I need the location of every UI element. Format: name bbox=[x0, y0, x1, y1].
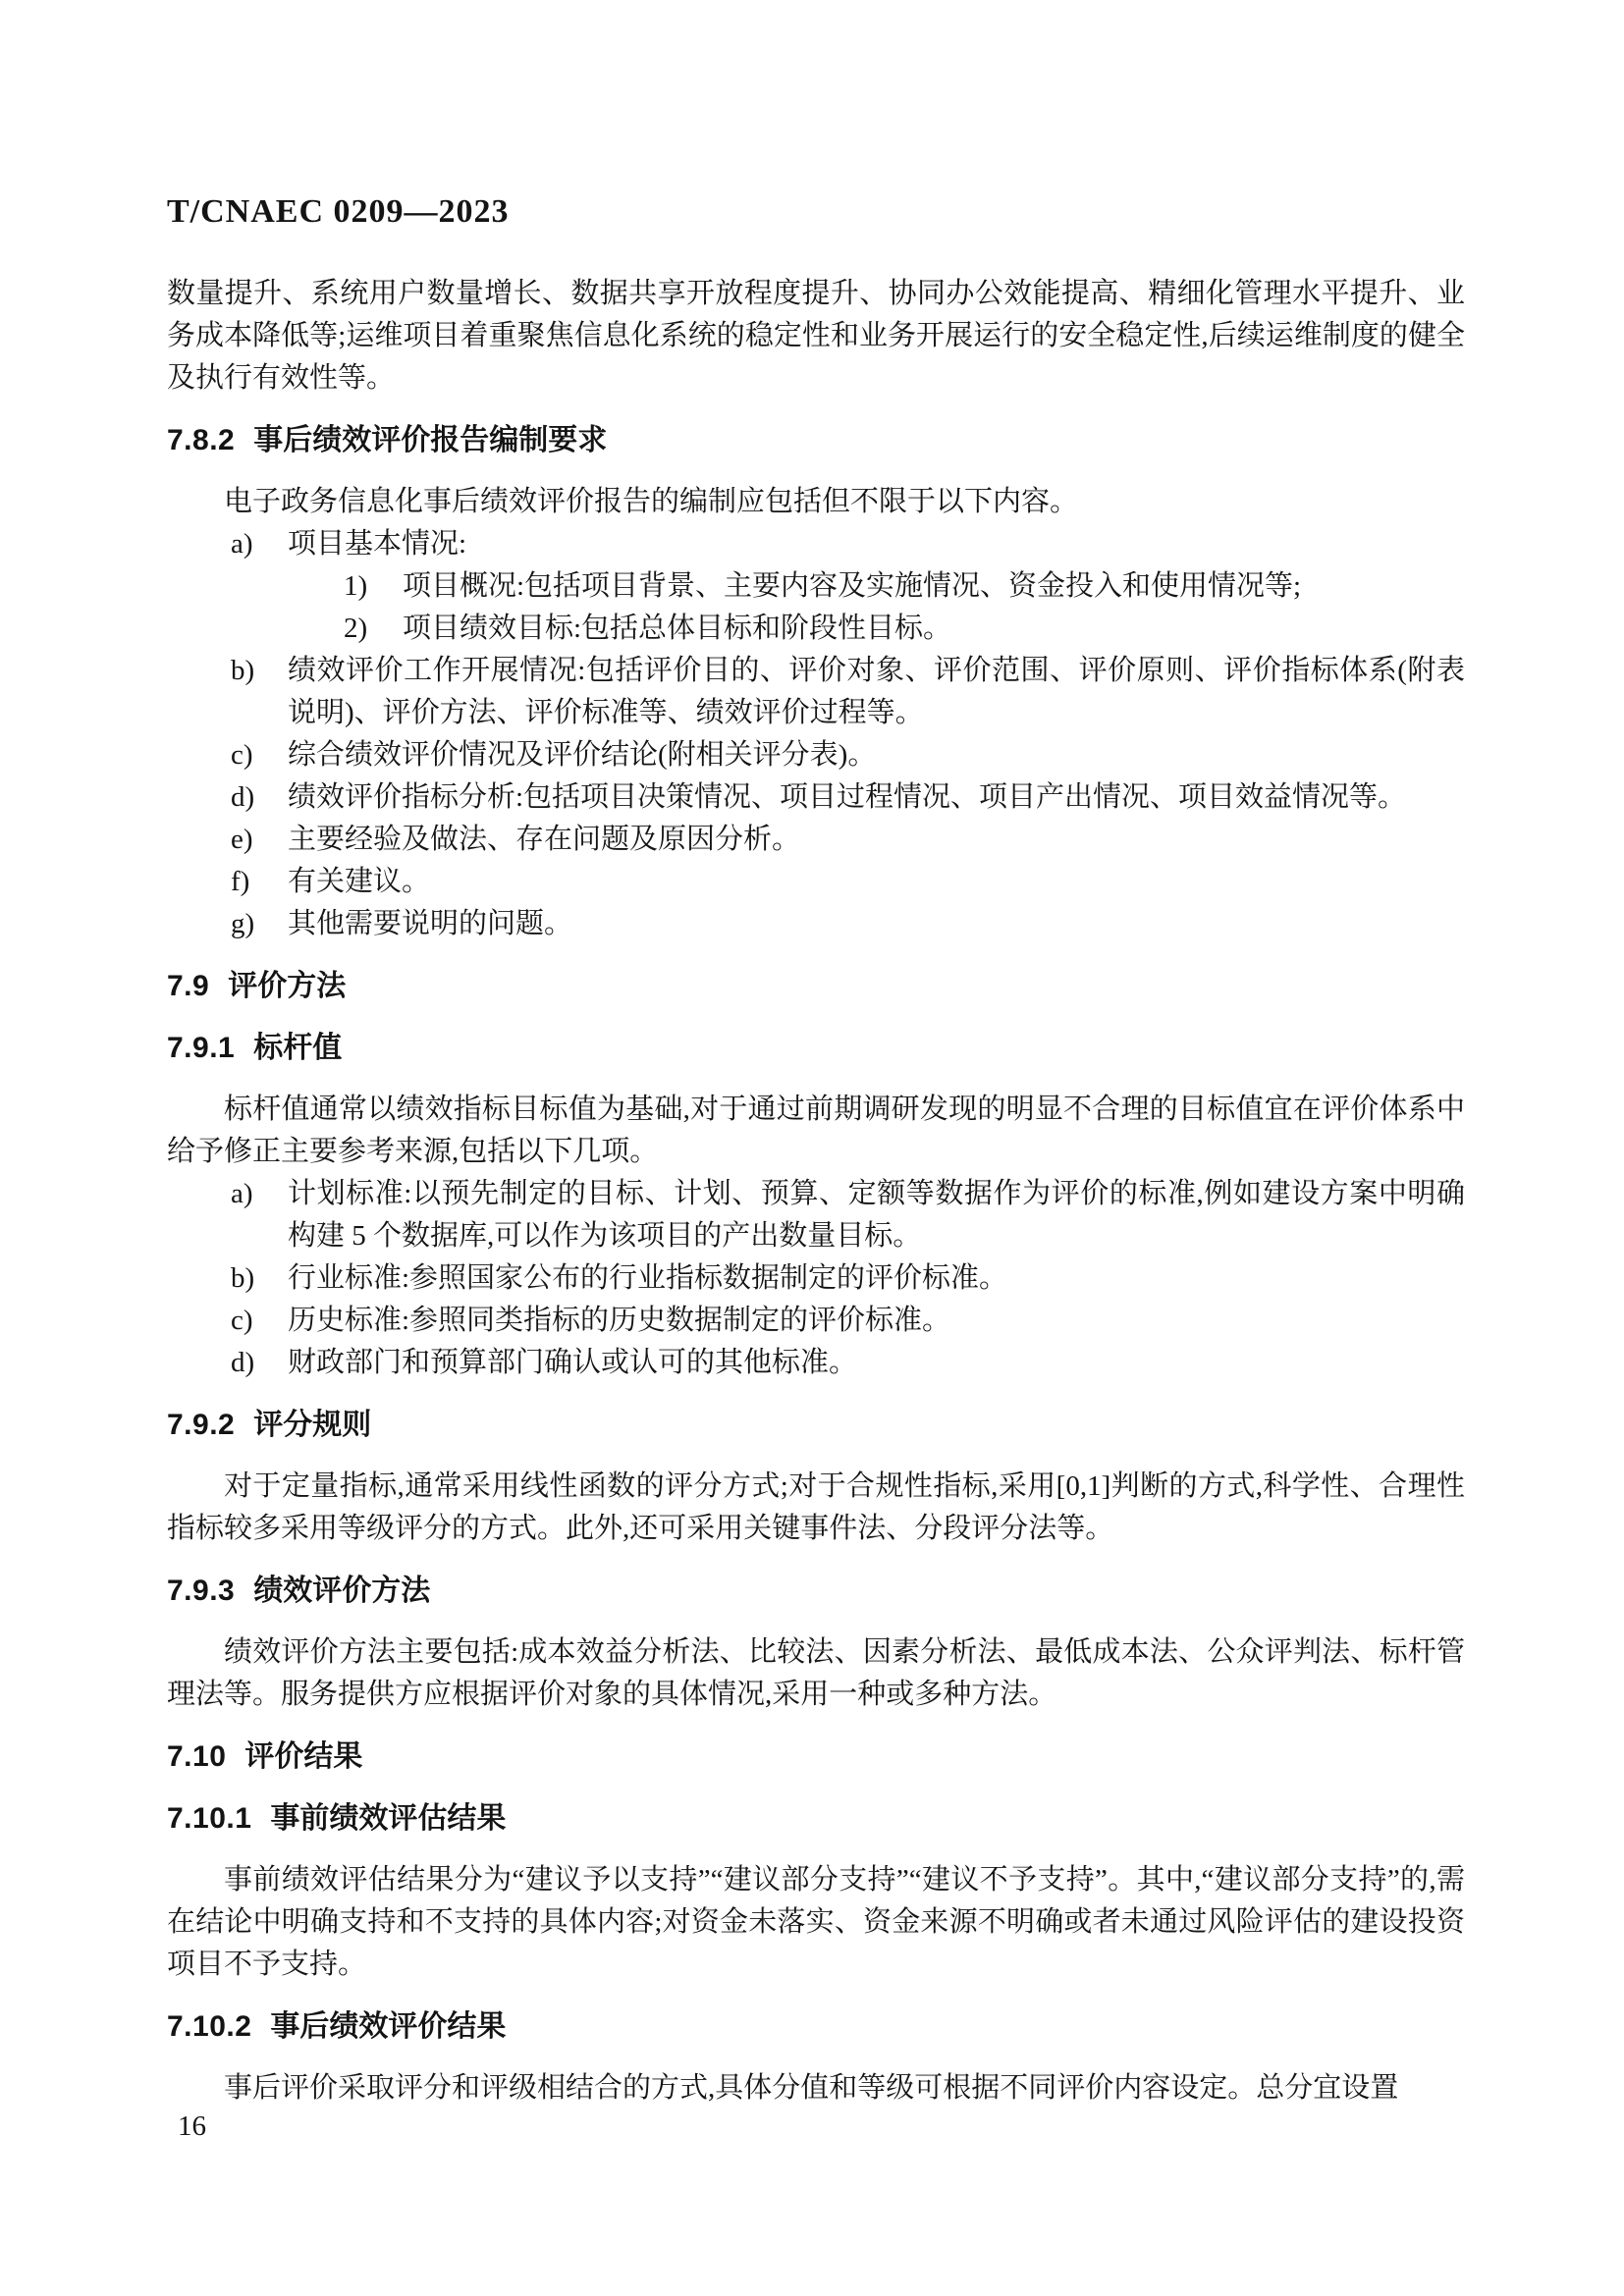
section-number: 7.8.2 bbox=[167, 424, 235, 456]
paragraph: 电子政务信息化事后绩效评价报告的编制应包括但不限于以下内容。 bbox=[167, 481, 1465, 523]
list-item-d: d) 绩效评价指标分析:包括项目决策情况、项目过程情况、项目产出情况、项目效益情… bbox=[167, 776, 1465, 819]
list-marker: a) bbox=[231, 523, 253, 565]
section-title: 绩效评价方法 bbox=[253, 1575, 430, 1607]
list-marker: b) bbox=[231, 1257, 254, 1300]
list-item-a: a) 计划标准:以预先制定的目标、计划、预算、定额等数据作为评价的标准,例如建设… bbox=[167, 1173, 1465, 1257]
paragraph: 绩效评价方法主要包括:成本效益分析法、比较法、因素分析法、最低成本法、公众评判法… bbox=[167, 1631, 1465, 1716]
paragraph-continuation: 数量提升、系统用户数量增长、数据共享开放程度提升、协同办公效能提高、精细化管理水… bbox=[167, 273, 1465, 400]
section-heading-7-9-1: 7.9.1标杆值 bbox=[167, 1027, 1465, 1069]
section-number: 7.9.1 bbox=[167, 1032, 235, 1064]
section-heading-7-9-3: 7.9.3绩效评价方法 bbox=[167, 1570, 1465, 1612]
list-text: 行业标准:参照国家公布的行业指标数据制定的评价标准。 bbox=[288, 1262, 1007, 1294]
list-text: 项目概况:包括项目背景、主要内容及实施情况、资金投入和使用情况等; bbox=[403, 570, 1301, 602]
list-item-d: d) 财政部门和预算部门确认或认可的其他标准。 bbox=[167, 1342, 1465, 1384]
list-text: 绩效评价工作开展情况:包括评价目的、评价对象、评价范围、评价原则、评价指标体系(… bbox=[288, 655, 1465, 728]
list-text: 绩效评价指标分析:包括项目决策情况、项目过程情况、项目产出情况、项目效益情况等。 bbox=[288, 781, 1406, 813]
section-title: 评分规则 bbox=[253, 1409, 371, 1441]
section-heading-7-9-2: 7.9.2评分规则 bbox=[167, 1404, 1465, 1446]
list-item-e: e) 主要经验及做法、存在问题及原因分析。 bbox=[167, 819, 1465, 861]
list-text: 项目绩效目标:包括总体目标和阶段性目标。 bbox=[403, 613, 951, 644]
page-number: 16 bbox=[178, 2109, 206, 2143]
list-text: 有关建议。 bbox=[288, 866, 430, 897]
section-number: 7.10.2 bbox=[167, 2010, 251, 2043]
list-marker: b) bbox=[231, 650, 254, 692]
list-marker: d) bbox=[231, 776, 254, 819]
list-marker: 2) bbox=[344, 608, 367, 650]
paragraph: 标杆值通常以绩效指标目标值为基础,对于通过前期调研发现的明显不合理的目标值宜在评… bbox=[167, 1089, 1465, 1173]
list-text: 项目基本情况: bbox=[288, 528, 466, 560]
section-heading-7-10-1: 7.10.1事前绩效评估结果 bbox=[167, 1797, 1465, 1840]
section-number: 7.10 bbox=[167, 1740, 226, 1773]
section-heading-7-9: 7.9评价方法 bbox=[167, 965, 1465, 1007]
list-text: 历史标准:参照同类指标的历史数据制定的评价标准。 bbox=[288, 1305, 950, 1336]
paragraph: 事前绩效评估结果分为“建议予以支持”“建议部分支持”“建议不予支持”。其中,“建… bbox=[167, 1859, 1465, 1986]
list-text: 主要经验及做法、存在问题及原因分析。 bbox=[288, 824, 800, 855]
section-title: 事后绩效评价结果 bbox=[270, 2010, 506, 2043]
list-item-b: b) 绩效评价工作开展情况:包括评价目的、评价对象、评价范围、评价原则、评价指标… bbox=[167, 650, 1465, 734]
list-text: 综合绩效评价情况及评价结论(附相关评分表)。 bbox=[288, 739, 876, 771]
section-number: 7.9 bbox=[167, 970, 209, 1002]
list-marker: c) bbox=[231, 1300, 253, 1342]
list-marker: a) bbox=[231, 1173, 253, 1215]
paragraph: 事后评价采取评分和评级相结合的方式,具体分值和等级可根据不同评价内容设定。总分宜… bbox=[167, 2067, 1465, 2109]
list-item-f: f) 有关建议。 bbox=[167, 861, 1465, 903]
section-number: 7.9.3 bbox=[167, 1575, 235, 1607]
list-marker: d) bbox=[231, 1342, 254, 1384]
section-title: 事前绩效评估结果 bbox=[270, 1802, 506, 1835]
section-title: 评价结果 bbox=[244, 1740, 362, 1773]
list-text: 其他需要说明的问题。 bbox=[288, 908, 572, 939]
running-header: T/CNAEC 0209—2023 bbox=[167, 192, 1465, 232]
list-item-g: g) 其他需要说明的问题。 bbox=[167, 903, 1465, 945]
page-content: T/CNAEC 0209—2023 数量提升、系统用户数量增长、数据共享开放程度… bbox=[167, 0, 1465, 2109]
list-marker: f) bbox=[231, 861, 249, 903]
document-page: T/CNAEC 0209—2023 数量提升、系统用户数量增长、数据共享开放程度… bbox=[0, 0, 1624, 2296]
section-title: 事后绩效评价报告编制要求 bbox=[253, 424, 607, 456]
sub-list-item-1: 1) 项目概况:包括项目背景、主要内容及实施情况、资金投入和使用情况等; bbox=[167, 565, 1465, 608]
list-text: 财政部门和预算部门确认或认可的其他标准。 bbox=[288, 1347, 857, 1378]
list-marker: e) bbox=[231, 819, 253, 861]
paragraph: 对于定量指标,通常采用线性函数的评分方式;对于合规性指标,采用[0,1]判断的方… bbox=[167, 1466, 1465, 1550]
section-heading-7-10: 7.10评价结果 bbox=[167, 1735, 1465, 1778]
list-text: 计划标准:以预先制定的目标、计划、预算、定额等数据作为评价的标准,例如建设方案中… bbox=[288, 1178, 1465, 1252]
list-item-c: c) 综合绩效评价情况及评价结论(附相关评分表)。 bbox=[167, 734, 1465, 776]
list-marker: g) bbox=[231, 903, 254, 945]
list-item-b: b) 行业标准:参照国家公布的行业指标数据制定的评价标准。 bbox=[167, 1257, 1465, 1300]
section-number: 7.9.2 bbox=[167, 1409, 235, 1441]
section-heading-7-10-2: 7.10.2事后绩效评价结果 bbox=[167, 2005, 1465, 2048]
section-number: 7.10.1 bbox=[167, 1802, 251, 1835]
list-marker: c) bbox=[231, 734, 253, 776]
sub-list-item-2: 2) 项目绩效目标:包括总体目标和阶段性目标。 bbox=[167, 608, 1465, 650]
section-title: 标杆值 bbox=[253, 1032, 342, 1064]
list-marker: 1) bbox=[344, 565, 367, 608]
list-item-c: c) 历史标准:参照同类指标的历史数据制定的评价标准。 bbox=[167, 1300, 1465, 1342]
section-heading-7-8-2: 7.8.2事后绩效评价报告编制要求 bbox=[167, 419, 1465, 461]
list-item-a: a) 项目基本情况: bbox=[167, 523, 1465, 565]
section-title: 评价方法 bbox=[228, 970, 346, 1002]
